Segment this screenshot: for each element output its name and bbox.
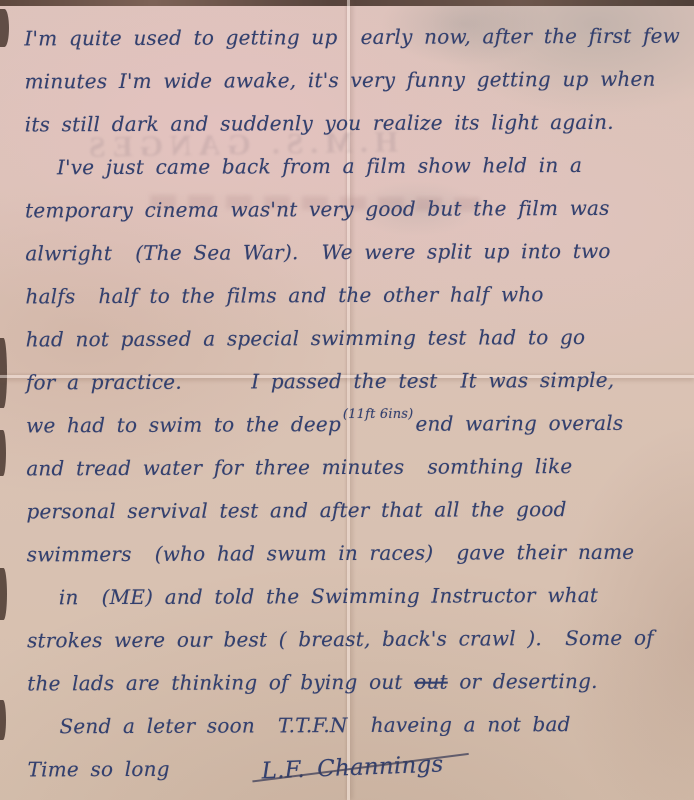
letter-line: Time so longL.F. Channings bbox=[28, 746, 678, 792]
letter-line: minutes I'm wide awake, it's very funny … bbox=[25, 58, 675, 104]
letter-text: I'm quite used to getting up early now, … bbox=[24, 24, 680, 51]
letter-line: had not passed a special swimming test h… bbox=[26, 316, 676, 362]
signature: L.F. Channings bbox=[261, 743, 444, 793]
photo-edge-artifact bbox=[0, 338, 7, 408]
letter-line: swimmers (who had swum in races) gave th… bbox=[27, 531, 677, 577]
letter-line: temporary cinema was'nt very good but th… bbox=[25, 187, 675, 233]
letter-text: Time so long bbox=[28, 757, 170, 782]
letter-text: had not passed a special swimming test h… bbox=[26, 325, 586, 351]
letter-photo: H.M.S. GANGES I'm quite used to getting … bbox=[0, 0, 694, 800]
letter-line: for a practice. I passed the test It was… bbox=[26, 359, 676, 405]
letter-line: and tread water for three minutes somthi… bbox=[26, 445, 676, 491]
letter-text: Send a leter soon T.T.F.N haveing a not … bbox=[59, 712, 570, 738]
letter-text: and tread water for three minutes somthi… bbox=[26, 454, 572, 480]
letter-line: its still dark and suddenly you realize … bbox=[25, 101, 675, 147]
letter-body: I'm quite used to getting up early now, … bbox=[24, 15, 677, 792]
letter-line: I'm quite used to getting up early now, … bbox=[24, 15, 674, 61]
letter-line: we had to swim to the deep(11ft 6ins)end… bbox=[26, 402, 676, 448]
letter-line: halfs half to the films and the other ha… bbox=[25, 273, 675, 319]
letter-line: I've just came back from a film show hel… bbox=[25, 144, 675, 190]
insertion-note: (11ft 6ins) bbox=[343, 408, 414, 421]
letter-text: end waring overals bbox=[415, 411, 623, 436]
letter-text: or deserting. bbox=[448, 669, 598, 694]
letter-text: minutes I'm wide awake, it's very funny … bbox=[25, 67, 656, 94]
letter-line: personal servival test and after that al… bbox=[26, 488, 676, 534]
letter-text: in (ME) and told the Swimming Instructor… bbox=[59, 583, 598, 609]
letter-text: the lads are thinking of bying out bbox=[27, 670, 414, 696]
photo-edge-artifact bbox=[0, 430, 6, 476]
letter-text: for a practice. I passed the test It was… bbox=[26, 368, 614, 395]
letter-text: swimmers (who had swum in races) gave th… bbox=[27, 540, 635, 567]
letter-line: alwright (The Sea War). We were split up… bbox=[25, 230, 675, 276]
photo-edge-artifact bbox=[0, 9, 9, 47]
letter-text: personal servival test and after that al… bbox=[26, 497, 566, 523]
letter-line: in (ME) and told the Swimming Instructor… bbox=[27, 574, 677, 620]
letter-line: strokes were our best ( breast, back's c… bbox=[27, 617, 677, 663]
photo-edge-artifact bbox=[0, 568, 7, 620]
letter-text: halfs half to the films and the other ha… bbox=[25, 282, 543, 308]
letter-text: I've just came back from a film show hel… bbox=[57, 153, 582, 179]
letter-line: the lads are thinking of bying out out o… bbox=[27, 660, 677, 706]
letter-text: we had to swim to the deep bbox=[26, 412, 341, 437]
letter-line: Send a leter soon T.T.F.N haveing a not … bbox=[27, 703, 677, 749]
letter-text: its still dark and suddenly you realize … bbox=[25, 110, 614, 137]
photo-edge-artifact bbox=[0, 700, 6, 740]
letter-text: strokes were our best ( breast, back's c… bbox=[27, 626, 654, 653]
struck-word: out bbox=[414, 670, 448, 694]
letter-text: temporary cinema was'nt very good but th… bbox=[25, 196, 610, 223]
letter-text: alwright (The Sea War). We were split up… bbox=[25, 239, 610, 266]
